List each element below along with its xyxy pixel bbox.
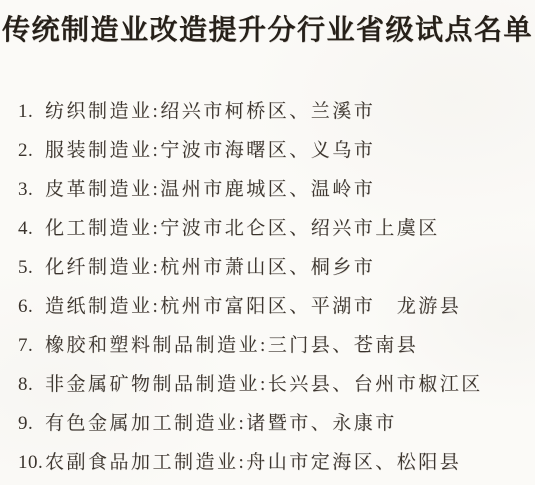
list-item: 10. 农副食品加工制造业:舟山市定海区、松阳县 — [18, 443, 527, 482]
list-item: 4. 化工制造业:宁波市北仑区、绍兴市上虞区 — [18, 209, 527, 248]
item-text: 化工制造业:宁波市北仑区、绍兴市上虞区 — [45, 209, 440, 248]
item-text: 皮革制造业:温州市鹿城区、温岭市 — [45, 170, 375, 209]
item-text: 纺织制造业:绍兴市柯桥区、兰溪市 — [45, 92, 375, 131]
item-text: 服装制造业:宁波市海曙区、义乌市 — [45, 131, 375, 170]
item-text: 橡胶和塑料制品制造业:三门县、苍南县 — [45, 326, 418, 365]
item-text: 非金属矿物制品制造业:长兴县、台州市椒江区 — [45, 365, 483, 404]
item-number: 7. — [18, 326, 45, 365]
list-item: 5. 化纤制造业:杭州市萧山区、桐乡市 — [18, 248, 527, 287]
item-number: 10. — [18, 443, 45, 482]
list-item: 6. 造纸制造业:杭州市富阳区、平湖市 龙游县 — [18, 287, 527, 326]
item-text: 有色金属加工制造业:诸暨市、永康市 — [45, 404, 397, 443]
item-text: 农副食品加工制造业:舟山市定海区、松阳县 — [45, 443, 461, 482]
document-title: 传统制造业改造提升分行业省级试点名单 — [0, 0, 535, 50]
item-text: 化纤制造业:杭州市萧山区、桐乡市 — [45, 248, 375, 287]
item-number: 6. — [18, 287, 45, 326]
pilot-list: 1. 纺织制造业:绍兴市柯桥区、兰溪市 2. 服装制造业:宁波市海曙区、义乌市 … — [0, 92, 535, 482]
scanned-document-page: 传统制造业改造提升分行业省级试点名单 1. 纺织制造业:绍兴市柯桥区、兰溪市 2… — [0, 0, 535, 485]
item-number: 5. — [18, 248, 45, 287]
list-item: 9. 有色金属加工制造业:诸暨市、永康市 — [18, 404, 527, 443]
item-text: 造纸制造业:杭州市富阳区、平湖市 龙游县 — [45, 287, 461, 326]
list-item: 1. 纺织制造业:绍兴市柯桥区、兰溪市 — [18, 92, 527, 131]
list-item: 8. 非金属矿物制品制造业:长兴县、台州市椒江区 — [18, 365, 527, 404]
list-item: 2. 服装制造业:宁波市海曙区、义乌市 — [18, 131, 527, 170]
list-item: 3. 皮革制造业:温州市鹿城区、温岭市 — [18, 170, 527, 209]
item-number: 3. — [18, 170, 45, 209]
item-number: 8. — [18, 365, 45, 404]
item-number: 4. — [18, 209, 45, 248]
item-number: 1. — [18, 92, 45, 131]
list-item: 7. 橡胶和塑料制品制造业:三门县、苍南县 — [18, 326, 527, 365]
item-number: 9. — [18, 404, 45, 443]
item-number: 2. — [18, 131, 45, 170]
